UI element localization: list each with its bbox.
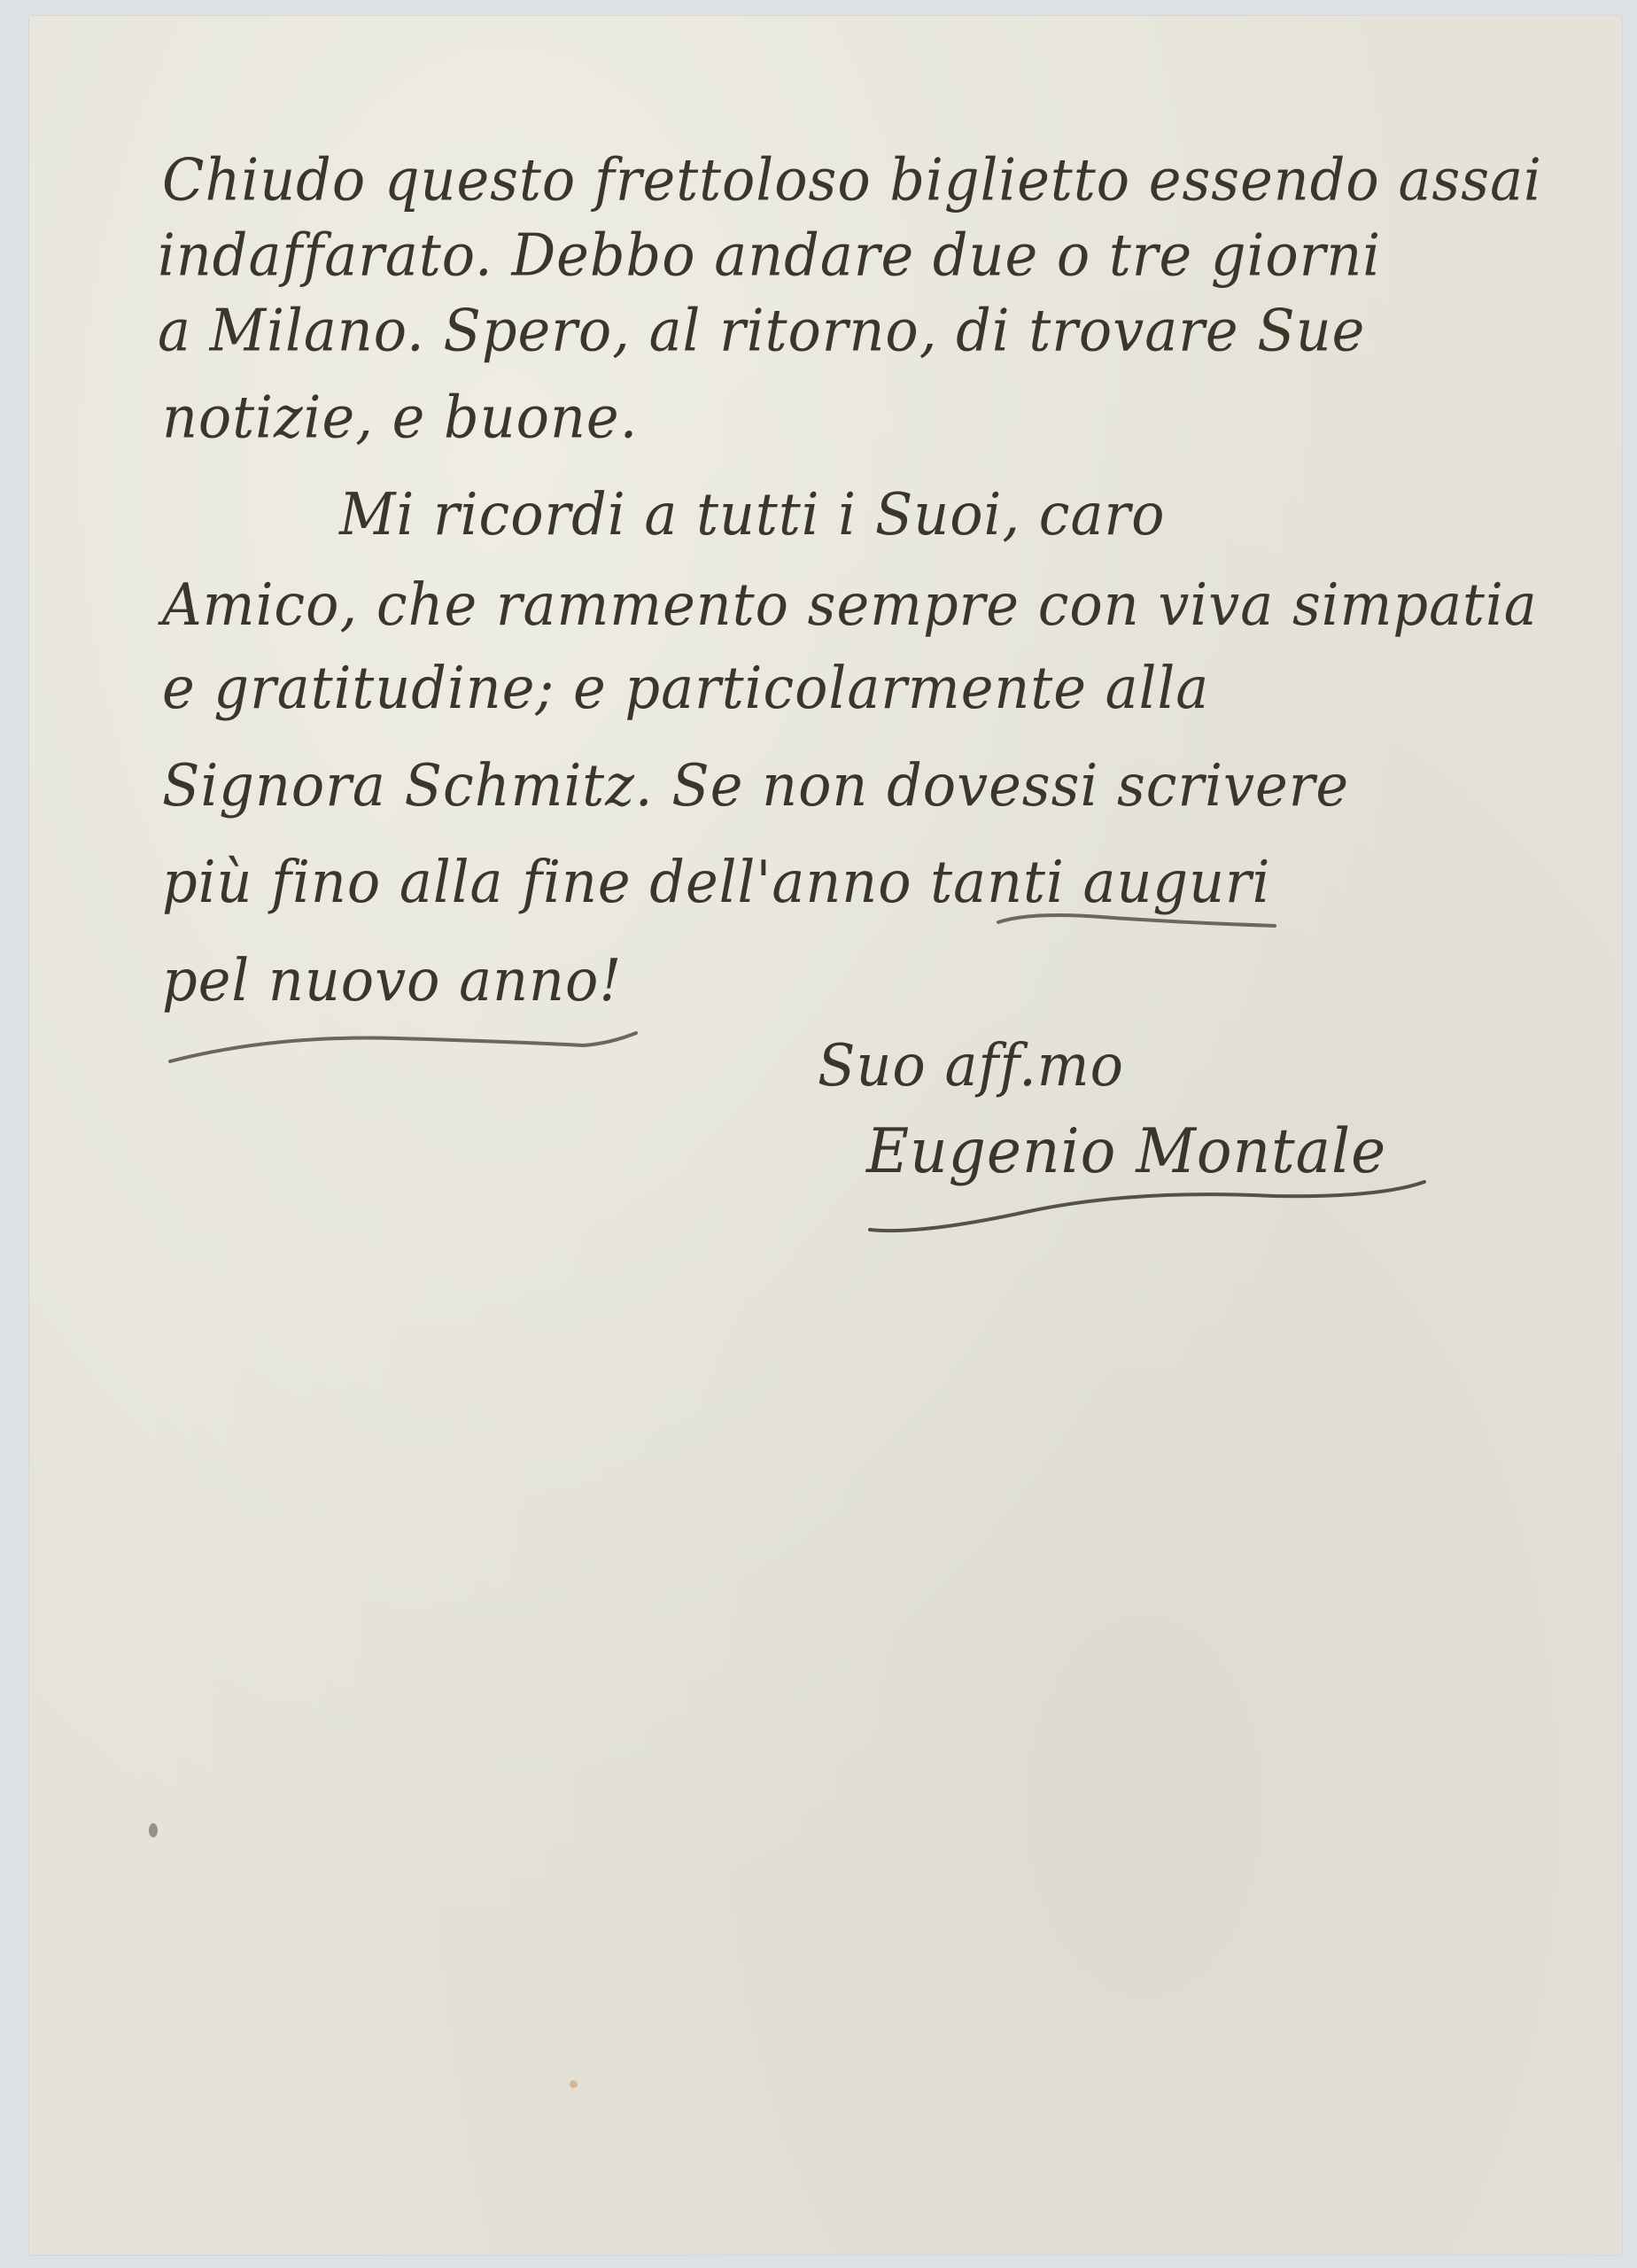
line-text: Amico, che rammento sempre con viva simp… bbox=[162, 571, 1538, 639]
paper-spot bbox=[149, 1823, 158, 1837]
letter-line-6: Amico, che rammento sempre con viva simp… bbox=[162, 571, 1538, 639]
letter-line-3: a Milano. Spero, al ritorno, di trovare … bbox=[158, 296, 1365, 364]
closing-text: Suo aff.mo bbox=[818, 1031, 1124, 1099]
line-text: e gratitudine; e particolarmente alla bbox=[162, 654, 1209, 722]
line-text: Mi ricordi a tutti i Suoi, caro bbox=[339, 480, 1165, 548]
letter-line-2: indaffarato. Debbo andare due o tre gior… bbox=[158, 221, 1381, 289]
letter-paper: Chiudo questo frettoloso biglietto essen… bbox=[29, 16, 1622, 2255]
letter-line-7: e gratitudine; e particolarmente alla bbox=[162, 654, 1209, 722]
letter-line-1: Chiudo questo frettoloso biglietto essen… bbox=[162, 145, 1542, 214]
signature-flourish bbox=[866, 1177, 1486, 1239]
letter-line-5: Mi ricordi a tutti i Suoi, caro bbox=[339, 480, 1165, 548]
line-text: notizie, e buone. bbox=[162, 383, 638, 451]
line-text: Chiudo questo frettoloso biglietto essen… bbox=[162, 145, 1542, 214]
paper-spot bbox=[570, 2080, 578, 2088]
letter-line-8: Signora Schmitz. Se non dovessi scrivere bbox=[162, 751, 1349, 819]
closing: Suo aff.mo bbox=[818, 1031, 1124, 1099]
line-text: indaffarato. Debbo andare due o tre gior… bbox=[158, 221, 1381, 289]
letter-line-4: notizie, e buone. bbox=[162, 383, 638, 451]
line-text: a Milano. Spero, al ritorno, di trovare … bbox=[158, 296, 1365, 364]
line-text: Signora Schmitz. Se non dovessi scrivere bbox=[162, 751, 1349, 819]
line-text: pel nuovo anno! bbox=[162, 946, 622, 1014]
underline-pel-nuovo-anno bbox=[167, 1026, 645, 1061]
underline-tanti-auguri bbox=[995, 906, 1278, 942]
letter-line-10: pel nuovo anno! bbox=[162, 946, 622, 1014]
